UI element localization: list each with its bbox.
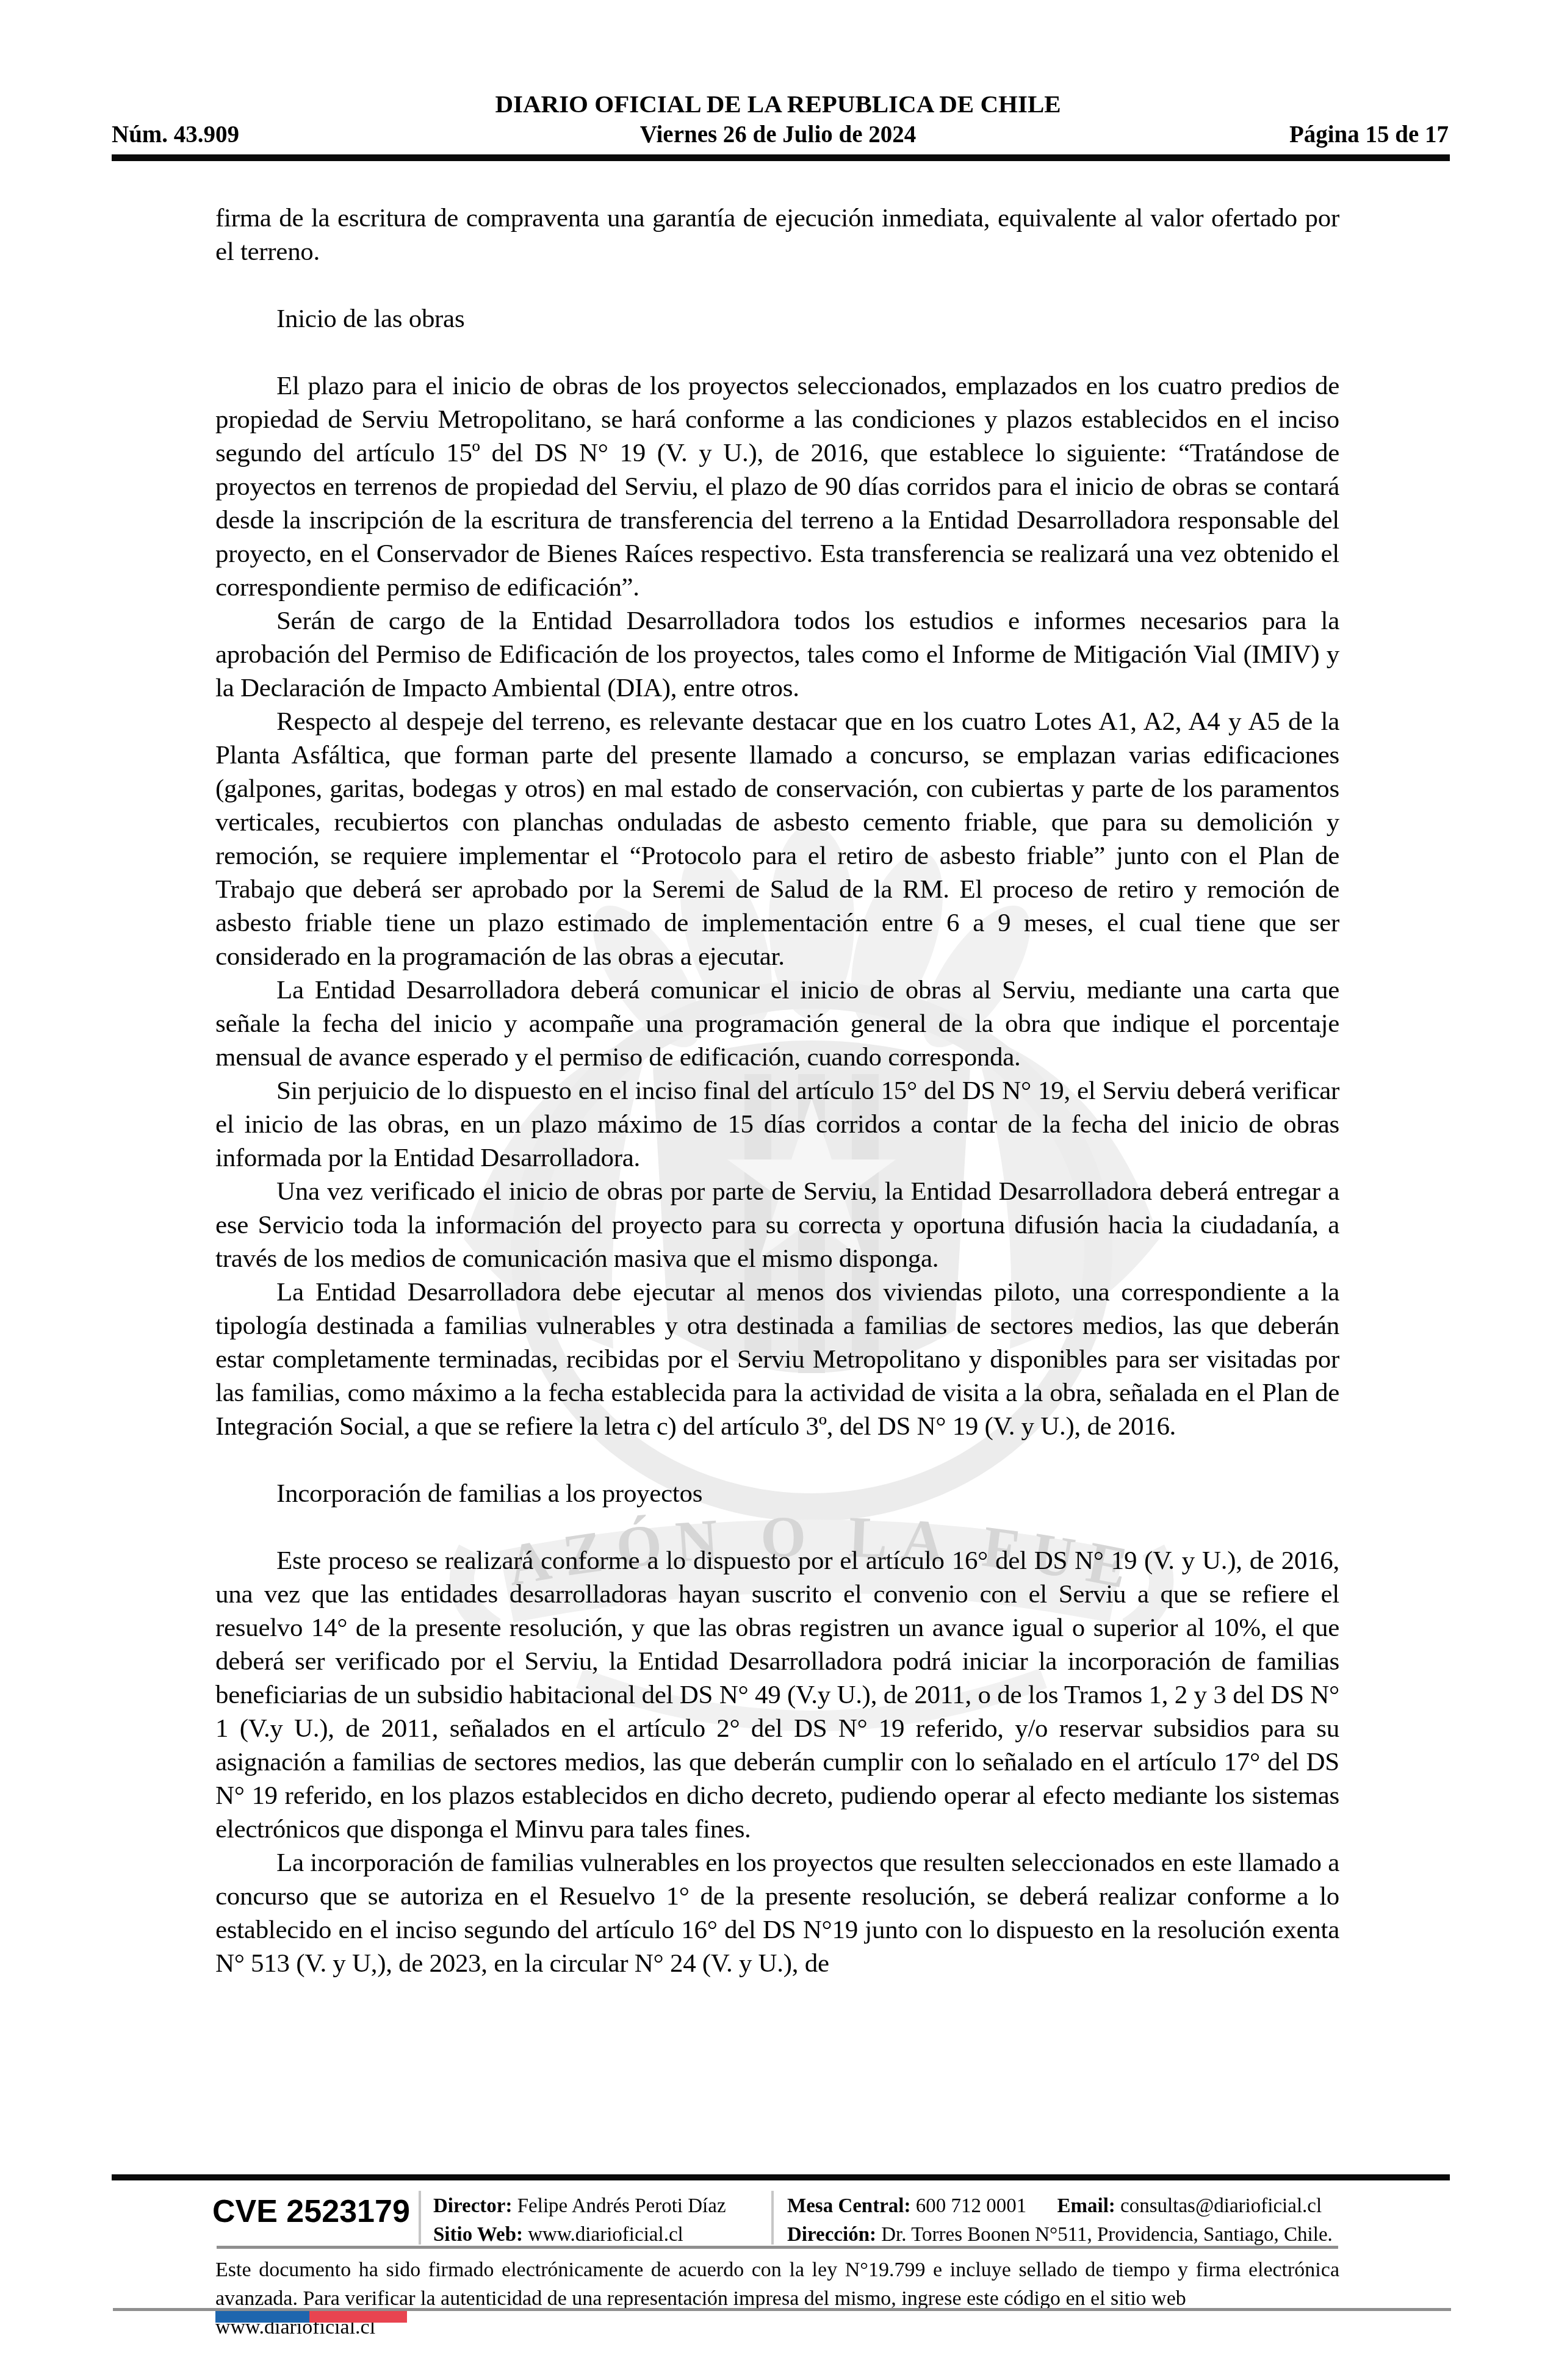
gazette-title: DIARIO OFICIAL DE LA REPUBLICA DE CHILE [0, 89, 1556, 118]
flag-blue-block [215, 2311, 309, 2323]
sitio-web-line: Sitio Web: www.diarioficial.cl [433, 2221, 726, 2249]
email-label: Email: [1057, 2195, 1115, 2217]
cve-code: CVE 2523179 [212, 2193, 410, 2230]
page-indicator: Página 15 de 17 [1289, 121, 1449, 148]
sitio-web-value: www.diarioficial.cl [528, 2224, 683, 2246]
gazette-page: LA RAZÓN O LA FUERZA DIARIO OFICIAL DE L… [0, 0, 1556, 2380]
document-body: firma de la escritura de compraventa una… [215, 201, 1339, 1980]
mesa-central-line: Mesa Central: 600 712 0001 Email: consul… [787, 2192, 1333, 2221]
section-heading: Incorporación de familias a los proyecto… [215, 1477, 1339, 1510]
director-line: Director: Felipe Andrés Peroti Díaz [433, 2192, 726, 2221]
paragraph: Serán de cargo de la Entidad Desarrollad… [215, 604, 1339, 705]
footer-rule [112, 2174, 1450, 2180]
paragraph: La Entidad Desarrolladora debe ejecutar … [215, 1275, 1339, 1443]
paragraph: Sin perjuicio de lo dispuesto en el inci… [215, 1074, 1339, 1175]
mesa-central-label: Mesa Central: [787, 2195, 911, 2217]
paragraph: Una vez verificado el inicio de obras po… [215, 1175, 1339, 1275]
chile-flag-bar [215, 2311, 407, 2323]
paragraph: Este proceso se realizará conforme a lo … [215, 1544, 1339, 1846]
legal-notice: Este documento ha sido firmado electróni… [215, 2256, 1339, 2342]
legal-line-1: Este documento ha sido firmado electróni… [215, 2256, 1339, 2284]
header-meta-row: Núm. 43.909 Viernes 26 de Julio de 2024 … [0, 121, 1556, 151]
footer-separator-rule [217, 2246, 1338, 2249]
paragraph: La incorporación de familias vulnerables… [215, 1846, 1339, 1980]
mesa-central-value: 600 712 0001 [916, 2195, 1027, 2217]
director-label: Director: [433, 2195, 512, 2217]
paragraph: Respecto al despeje del terreno, es rele… [215, 705, 1339, 973]
sitio-web-label: Sitio Web: [433, 2224, 523, 2246]
footer-contact-block: Mesa Central: 600 712 0001 Email: consul… [787, 2192, 1333, 2249]
footer-divider [771, 2191, 774, 2245]
direccion-line: Dirección: Dr. Torres Boonen N°511, Prov… [787, 2221, 1333, 2249]
email-value: consultas@diarioficial.cl [1120, 2195, 1322, 2217]
paragraph: La Entidad Desarrolladora deberá comunic… [215, 973, 1339, 1074]
paragraph: firma de la escritura de compraventa una… [215, 201, 1339, 269]
direccion-label: Dirección: [787, 2224, 876, 2246]
director-value: Felipe Andrés Peroti Díaz [517, 2195, 726, 2217]
direccion-value: Dr. Torres Boonen N°511, Providencia, Sa… [881, 2224, 1333, 2246]
flag-red-block [309, 2311, 407, 2323]
header-rule [112, 154, 1450, 161]
paragraph: El plazo para el inicio de obras de los … [215, 369, 1339, 604]
footer-director-block: Director: Felipe Andrés Peroti Díaz Siti… [433, 2192, 726, 2249]
section-heading: Inicio de las obras [215, 302, 1339, 336]
footer-divider [419, 2191, 421, 2245]
